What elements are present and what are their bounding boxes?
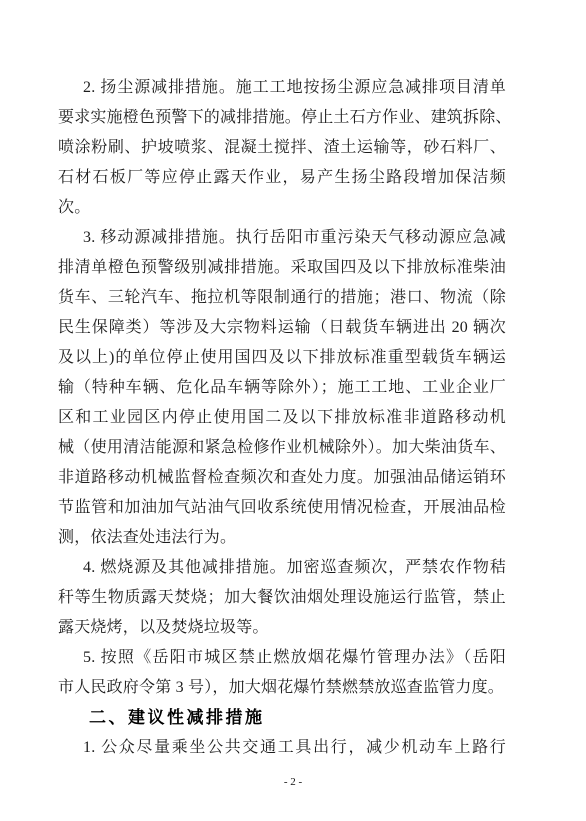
- text-line: 秆等生物质露天焚烧；加大餐饮油烟处理设施运行监管，禁止: [58, 583, 506, 613]
- text-line: 1. 公众尽量乘坐公共交通工具出行，减少机动车上路行: [58, 733, 506, 763]
- text-line: 2. 扬尘源减排措施。施工工地按扬尘源应急减排项目清单: [58, 73, 506, 103]
- text-line: 3. 移动源减排措施。执行岳阳市重污染天气移动源应急减: [58, 223, 506, 253]
- text-line: 喷涂粉刷、护坡喷浆、混凝土搅拌、渣土运输等，砂石料厂、: [58, 133, 506, 163]
- text-line: 石材石板厂等应停止露天作业，易产生扬尘路段增加保洁频: [58, 163, 506, 193]
- text-line: 区和工业园区内停止使用国二及以下排放标准非道路移动机: [58, 403, 506, 433]
- text-line: 输（特种车辆、危化品车辆等除外）；施工工地、工业企业厂: [58, 373, 506, 403]
- text-line: 民生保障类）等涉及大宗物料运输（日载货车辆进出 20 辆次: [58, 313, 506, 343]
- text-line: 节监管和加油加气站油气回收系统使用情况检查，开展油品检: [58, 493, 506, 523]
- text-line: 要求实施橙色预警下的减排措施。停止土石方作业、建筑拆除、: [58, 103, 506, 133]
- text-line: 非道路移动机械监督检查频次和查处力度。加强油品储运销环: [58, 463, 506, 493]
- text-line: 次。: [58, 193, 506, 223]
- text-line: 货车、三轮汽车、拖拉机等限制通行的措施；港口、物流（除: [58, 283, 506, 313]
- text-line: 市人民政府令第 3 号），加大烟花爆竹禁燃禁放巡查监管力度。: [58, 673, 506, 703]
- text-line: 排清单橙色预警级别减排措施。采取国四及以下排放标准柴油: [58, 253, 506, 283]
- text-line: 露天烧烤，以及焚烧垃圾等。: [58, 613, 506, 643]
- text-line: 械（使用清洁能源和紧急检修作业机械除外）。加大柴油货车、: [58, 433, 506, 463]
- text-line: 测，依法查处违法行为。: [58, 523, 506, 553]
- document-body-text: 2. 扬尘源减排措施。施工工地按扬尘源应急减排项目清单要求实施橙色预警下的减排措…: [58, 73, 506, 763]
- document-page: 2. 扬尘源减排措施。施工工地按扬尘源应急减排项目清单要求实施橙色预警下的减排措…: [0, 0, 586, 821]
- text-line: 及以上)的单位停止使用国四及以下排放标准重型载货车辆运: [58, 343, 506, 373]
- text-line: 5. 按照《岳阳市城区禁止燃放烟花爆竹管理办法》（岳阳: [58, 643, 506, 673]
- text-line: 二、建议性减排措施: [58, 703, 506, 733]
- page-number: - 2 -: [0, 775, 586, 789]
- text-line: 4. 燃烧源及其他减排措施。加密巡查频次，严禁农作物秸: [58, 553, 506, 583]
